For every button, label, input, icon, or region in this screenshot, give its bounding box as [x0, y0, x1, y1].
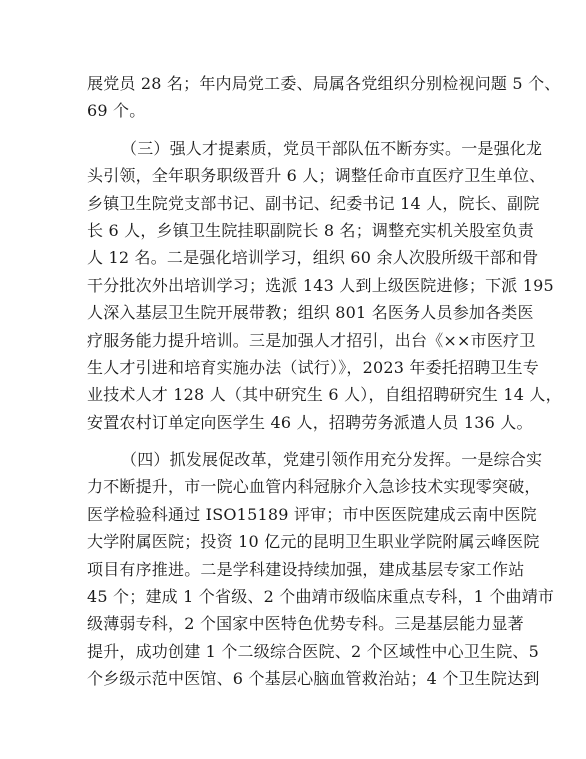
text-line: 提升，成功创建 1 个二级综合医院、2 个区域性中心卫生院、5 [87, 638, 499, 665]
paragraph-section-3-talent: （三）强人才提素质，党员干部队伍不断夯实。一是强化龙 头引领，全年职务职级晋升 … [87, 135, 499, 436]
text-line: 展党员 28 名；年内局党工委、局属各党组织分别检视问题 5 个、 [87, 70, 499, 97]
text-line: 医学检验科通过 ISO15189 评审；市中医医院建成云南中医院 [87, 501, 499, 528]
text-line: 人深入基层卫生院开展带教；组织 801 名医务人员参加各类医 [87, 299, 499, 326]
text-line: 疗服务能力提升培训。三是加强人才招引，出台《××市医疗卫 [87, 327, 499, 354]
text-line: 69 个。 [87, 97, 499, 124]
text-line: 生人才引进和培育实施办法（试行）》，2023 年委托招聘卫生专 [87, 354, 499, 381]
document-page: 展党员 28 名；年内局党工委、局属各党组织分别检视问题 5 个、 69 个。 … [87, 70, 499, 693]
paragraph-gap [87, 436, 499, 446]
paragraph-section-4-reform: （四）抓发展促改革，党建引领作用充分发挥。一是综合实 力不断提升，市一院心血管内… [87, 446, 499, 693]
paragraph-party-members-tail: 展党员 28 名；年内局党工委、局属各党组织分别检视问题 5 个、 69 个。 [87, 70, 499, 125]
text-line: 人 12 名。二是强化培训学习，组织 60 余人次股所级干部和骨 [87, 244, 499, 271]
text-line: 个乡级示范中医馆、6 个基层心脑血管救治站；4 个卫生院达到 [87, 665, 499, 692]
text-line: 45 个；建成 1 个省级、2 个曲靖市级临床重点专科，1 个曲靖市 [87, 583, 499, 610]
text-line: 头引领，全年职务职级晋升 6 人；调整任命市直医疗卫生单位、 [87, 162, 499, 189]
text-line: 乡镇卫生院党支部书记、副书记、纪委书记 14 人，院长、副院 [87, 190, 499, 217]
text-line: 力不断提升，市一院心血管内科冠脉介入急诊技术实现零突破， [87, 473, 499, 500]
text-line: 干分批次外出培训学习；选派 143 人到上级医院进修；下派 195 [87, 272, 499, 299]
text-line: 级薄弱专科，2 个国家中医特色优势专科。三是基层能力显著 [87, 610, 499, 637]
text-line: 大学附属医院；投资 10 亿元的昆明卫生职业学院附属云峰医院 [87, 528, 499, 555]
paragraph-gap [87, 125, 499, 135]
text-line: 业技术人才 128 人（其中研究生 6 人），自组招聘研究生 14 人， [87, 381, 499, 408]
section-heading-line: （四）抓发展促改革，党建引领作用充分发挥。一是综合实 [87, 446, 499, 473]
text-line: 安置农村订单定向医学生 46 人，招聘劳务派遣人员 136 人。 [87, 409, 499, 436]
text-line: 项目有序推进。二是学科建设持续加强，建成基层专家工作站 [87, 556, 499, 583]
section-heading-line: （三）强人才提素质，党员干部队伍不断夯实。一是强化龙 [87, 135, 499, 162]
text-line: 长 6 人，乡镇卫生院挂职副院长 8 名；调整充实机关股室负责 [87, 217, 499, 244]
